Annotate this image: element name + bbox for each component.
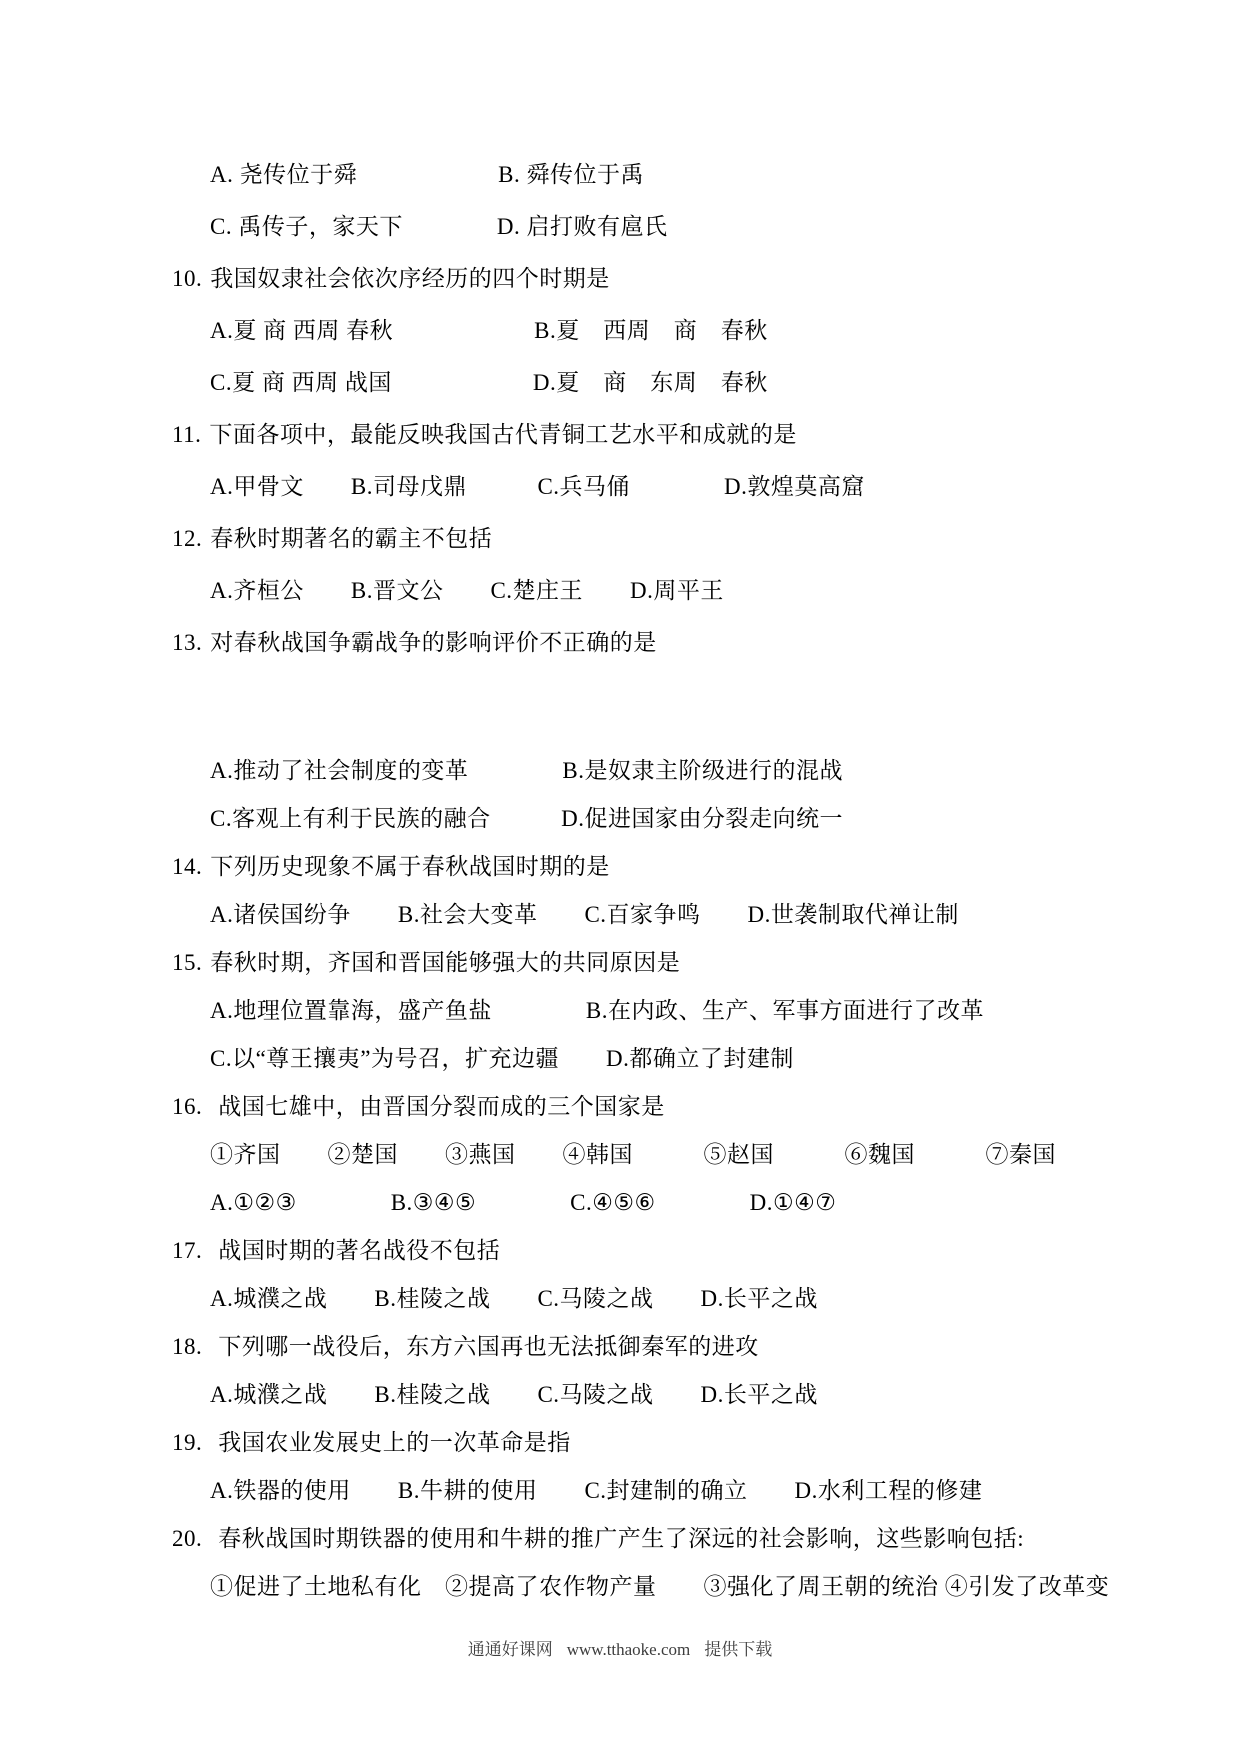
- question-13-option-line-1: A.推动了社会制度的变革 B.是奴隶主阶级进行的混战: [0, 759, 1240, 782]
- question-number: 17.: [172, 1238, 202, 1263]
- question-20-stem: 20.春秋战国时期铁器的使用和牛耕的推广产生了深远的社会影响，这些影响包括:: [0, 1527, 1240, 1550]
- question-number: 12.: [172, 526, 202, 551]
- question-number: 20.: [172, 1526, 202, 1551]
- question-12-stem: 12.春秋时期著名的霸主不包括: [0, 527, 1240, 550]
- question-20-items-line: ①促进了土地私有化 ②提高了农作物产量 ③强化了周王朝的统治 ④引发了改革变: [0, 1575, 1240, 1598]
- question-16-option-line: A.①②③ B.③④⑤ C.④⑤⑥ D.①④⑦: [0, 1191, 1240, 1214]
- question-stem-text: 我国奴隶社会依次序经历的四个时期是: [210, 266, 610, 291]
- question-19-option-line: A.铁器的使用 B.牛耕的使用 C.封建制的确立 D.水利工程的修建: [0, 1479, 1240, 1502]
- question-10-option-line-2: C.夏 商 西周 战国 D.夏 商 东周 春秋: [0, 371, 1240, 394]
- question-10-option-line-1: A.夏 商 西周 春秋 B.夏 西周 商 春秋: [0, 319, 1240, 342]
- question-13-stem: 13.对春秋战国争霸战争的影响评价不正确的是: [0, 631, 1240, 654]
- question-number: 14.: [172, 854, 202, 879]
- question-18-stem: 18.下列哪一战役后，东方六国再也无法抵御秦军的进攻: [0, 1335, 1240, 1358]
- question-17-stem: 17.战国时期的著名战役不包括: [0, 1239, 1240, 1262]
- question-stem-text: 下列历史现象不属于春秋战国时期的是: [210, 854, 610, 879]
- question-14-option-line: A.诸侯国纷争 B.社会大变革 C.百家争鸣 D.世袭制取代禅让制: [0, 903, 1240, 926]
- question-stem-text: 春秋时期著名的霸主不包括: [210, 526, 492, 551]
- footer-site-name: 通通好课网: [468, 1640, 553, 1659]
- question-number: 19.: [172, 1430, 202, 1455]
- exam-page: A. 尧传位于舜 B. 舜传位于禹 C. 禹传子，家天下 D. 启打败有扈氏 1…: [0, 0, 1240, 1754]
- question-stem-text: 下列哪一战役后，东方六国再也无法抵御秦军的进攻: [218, 1334, 759, 1359]
- question-12-option-line: A.齐桓公 B.晋文公 C.楚庄王 D.周平王: [0, 579, 1240, 602]
- question-16-stem: 16.战国七雄中，由晋国分裂而成的三个国家是: [0, 1095, 1240, 1118]
- question-9-option-line-1: A. 尧传位于舜 B. 舜传位于禹: [0, 163, 1240, 186]
- question-stem-text: 春秋战国时期铁器的使用和牛耕的推广产生了深远的社会影响，这些影响包括:: [218, 1526, 1024, 1551]
- question-stem-text: 我国农业发展史上的一次革命是指: [218, 1430, 571, 1455]
- footer-url: www.tthaoke.com: [567, 1640, 691, 1659]
- question-number: 10.: [172, 266, 202, 291]
- page-footer: 通通好课网www.tthaoke.com提供下载: [0, 1640, 1240, 1660]
- question-number: 16.: [172, 1094, 202, 1119]
- question-stem-text: 对春秋战国争霸战争的影响评价不正确的是: [210, 630, 657, 655]
- question-19-stem: 19.我国农业发展史上的一次革命是指: [0, 1431, 1240, 1454]
- question-stem-text: 下面各项中，最能反映我国古代青铜工艺水平和成就的是: [209, 422, 797, 447]
- question-number: 15.: [172, 950, 202, 975]
- question-15-stem: 15.春秋时期，齐国和晋国能够强大的共同原因是: [0, 951, 1240, 974]
- question-10-stem: 10.我国奴隶社会依次序经历的四个时期是: [0, 267, 1240, 290]
- question-13-option-line-2: C.客观上有利于民族的融合 D.促进国家由分裂走向统一: [0, 807, 1240, 830]
- blank-gap: [0, 679, 1240, 759]
- question-number: 11.: [172, 422, 201, 447]
- question-14-stem: 14.下列历史现象不属于春秋战国时期的是: [0, 855, 1240, 878]
- question-stem-text: 战国七雄中，由晋国分裂而成的三个国家是: [218, 1094, 665, 1119]
- question-stem-text: 战国时期的著名战役不包括: [218, 1238, 500, 1263]
- question-15-option-line-2: C.以“尊王攘夷”为号召，扩充边疆 D.都确立了封建制: [0, 1047, 1240, 1070]
- question-15-option-line-1: A.地理位置靠海，盛产鱼盐 B.在内政、生产、军事方面进行了改革: [0, 999, 1240, 1022]
- question-9-option-line-2: C. 禹传子，家天下 D. 启打败有扈氏: [0, 215, 1240, 238]
- question-number: 13.: [172, 630, 202, 655]
- footer-download-label: 提供下载: [704, 1640, 772, 1659]
- exam-content: A. 尧传位于舜 B. 舜传位于禹 C. 禹传子，家天下 D. 启打败有扈氏 1…: [0, 163, 1240, 1598]
- question-stem-text: 春秋时期，齐国和晋国能够强大的共同原因是: [210, 950, 680, 975]
- question-18-option-line: A.城濮之战 B.桂陵之战 C.马陵之战 D.长平之战: [0, 1383, 1240, 1406]
- question-number: 18.: [172, 1334, 202, 1359]
- question-11-option-line: A.甲骨文 B.司母戊鼎 C.兵马俑 D.敦煌莫高窟: [0, 475, 1240, 498]
- question-11-stem: 11.下面各项中，最能反映我国古代青铜工艺水平和成就的是: [0, 423, 1240, 446]
- question-16-items-line: ①齐国 ②楚国 ③燕国 ④韩国 ⑤赵国 ⑥魏国 ⑦秦国: [0, 1143, 1240, 1166]
- question-17-option-line: A.城濮之战 B.桂陵之战 C.马陵之战 D.长平之战: [0, 1287, 1240, 1310]
